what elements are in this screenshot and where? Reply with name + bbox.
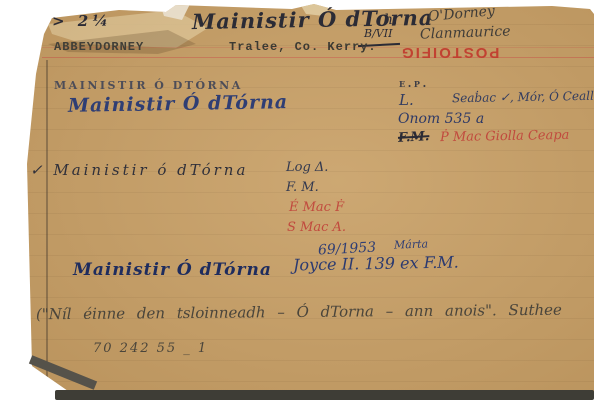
file-month: Márta [394, 237, 428, 251]
reference-joyce: Joyce II. 139 ex F.M. [293, 253, 459, 275]
red-rule [42, 57, 594, 58]
scanned-index-card-page: > 2¼ Mainistir Ó dTorna h. B/VII O'Dorne… [0, 0, 594, 420]
red-annotation-1: Ṗ Mac Giolla Ceapa [440, 128, 570, 145]
torn-paper-flap [158, 4, 194, 22]
title-ref: B/VII [364, 27, 392, 40]
checked-name: ✓ Mainistir ó dTórna [30, 161, 248, 179]
source-log: Log Δ. [286, 160, 328, 175]
red-initials-2: S Mac A. [287, 220, 346, 235]
scan-shadow-bottom [55, 390, 594, 400]
typed-placename-english: ABBEYDORNEY [54, 40, 144, 54]
ep-abbrev: e.p. [399, 77, 429, 90]
source-fm2: F. M. [286, 180, 319, 195]
source-onom: Onom 535 a [398, 111, 484, 127]
corner-mark: > 2¼ [52, 12, 112, 30]
left-crease [46, 60, 48, 388]
source-l-detail: Seaḃac ✓, Mór, Ó Ceall. [452, 89, 594, 106]
source-l: L. [399, 91, 414, 109]
red-initials-1: É Mac Ḟ [289, 200, 344, 215]
handwritten-name-blue: Mainistir Ó dTórna [68, 91, 288, 117]
handwritten-name-bold: Mainistir Ó dTórna [73, 260, 272, 280]
typed-location: Tralee, Co. Kerry. [229, 40, 377, 54]
red-stamp: POSTOIFIG [400, 44, 499, 61]
title-note: h. [384, 12, 397, 28]
pencil-code: 70 242 55 _ 1 [93, 341, 208, 356]
source-fm-struck: F.M. [398, 129, 430, 146]
pencil-barony: Clanmaurice [420, 23, 511, 42]
gaelic-type-name: MAINISTIR Ó DTÓRNA [54, 79, 243, 92]
